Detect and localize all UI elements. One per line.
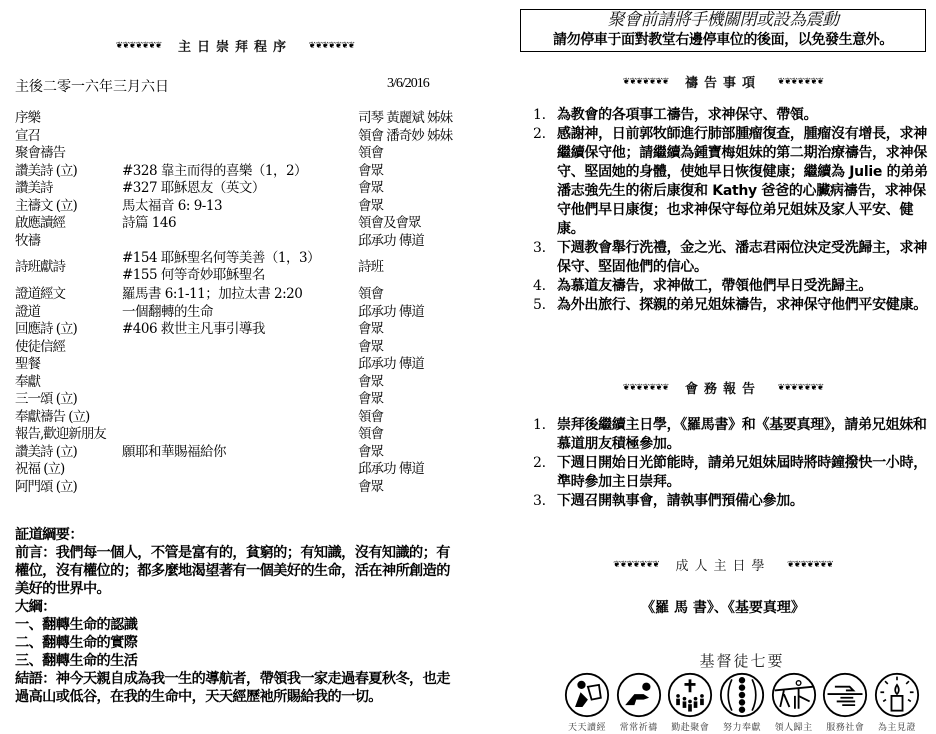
ornament-icon: ❦❦❦❦❦❦❦ [116,41,162,51]
program-item: 詩班獻詩 [15,259,65,277]
sermon-conclusion: 結語：神今天親自成為我一生的導航者，帶領我一家走過春夏秋冬，也走過高山或低谷，在… [15,670,460,706]
essential-item: 服務社會 [820,672,870,733]
program-row: 祝福 (立)邱承功 傳道 [15,461,455,479]
program-leader: 會眾 [358,374,383,392]
program-item: 證道 [15,304,40,322]
program-row: 讚美詩 (立)#328 靠主而得的喜樂（1，2）會眾 [15,163,455,181]
item-text: 為教會的各項事工禱告，求神保守、帶領。 [557,107,817,123]
program-leader: 會眾 [358,180,383,198]
program-row: 奉獻禱告 (立)領會 [15,409,455,427]
essential-label: 勤赴聚會 [665,720,715,733]
affairs-item: 1.崇拜後繼續主日學，《羅馬書》和《基要真理》，請弟兄姐妹和慕道朋友積極參加。 [530,416,930,454]
program-item: 讚美詩 [15,180,53,198]
sermon-intro: 前言：我們每一個人，不管是富有的，貧窮的；有知識，沒有知識的；有權位，沒有權位的… [15,544,460,598]
program-row: 報告,歡迎新朋友領會 [15,426,455,444]
sermon-outline-point: 一、翻轉生命的認識 [15,616,460,634]
program-leader: 領會 [358,286,383,304]
program-row: 詩班獻詩 #154 耶穌聖名何等美善（1，3） #155 何等奇妙耶穌聖名 詩班 [15,250,455,286]
program-leader: 會眾 [358,479,383,497]
ornament-icon: ❦❦❦❦❦❦❦ [613,560,659,570]
program-row: 奉獻會眾 [15,374,455,392]
program-item: 祝福 (立) [15,461,64,479]
program-content: 羅馬書 6:1-11；加拉太書 2:20 [122,286,302,304]
program-row: 阿門頌 (立)會眾 [15,479,455,497]
program-row: 讚美詩 (立)願耶和華賜福給你會眾 [15,444,455,462]
program-item: 使徒信經 [15,339,65,357]
program-content-line: #155 何等奇妙耶穌聖名 [122,267,320,284]
affairs-item: 3.下週召開執事會，請執事們預備心參加。 [530,492,930,511]
program-row: 讚美詩#327 耶穌恩友（英文）會眾 [15,180,455,198]
ornament-icon: ❦❦❦❦❦❦❦ [778,77,824,87]
program-content-line: #154 耶穌聖名何等美善（1，3） [122,250,320,267]
program-row: 三一頌 (立)會眾 [15,391,455,409]
program-item: 聖餐 [15,356,40,374]
program-item: 牧禱 [15,233,40,251]
sunday-school-header: ❦❦❦❦❦❦❦ 成人主日學 ❦❦❦❦❦❦❦ [510,555,936,574]
program-row: 啟應讀經詩篇 146領會及會眾 [15,215,455,233]
sermon-outline-point: 三、翻轉生命的生活 [15,652,460,670]
item-text: 下週日開始日光節能時，請弟兄姐妹屆時將時鐘撥快一小時，準時參加主日崇拜。 [557,455,927,490]
program-content: #154 耶穌聖名何等美善（1，3） #155 何等奇妙耶穌聖名 [122,250,320,284]
seven-essentials-graphic: 基督徒七要 天天讀經 常常祈禱 勤赴聚會 努力奉獻 領人歸主 [562,650,922,730]
program-content: 馬太福音 6: 9-13 [122,198,222,216]
worship-program-header: ❦❦❦❦❦❦❦ 主日崇拜程序 ❦❦❦❦❦❦❦ [0,36,470,55]
program-item: 奉獻 [15,374,40,392]
seven-essentials-title: 基督徒七要 [562,650,922,672]
item-text: 下週召開執事會，請執事們預備心參加。 [557,493,804,509]
program-item: 奉獻禱告 (立) [15,409,89,427]
item-number: 1. [533,106,546,125]
ornament-icon: ❦❦❦❦❦❦❦ [787,560,833,570]
program-item: 啟應讀經 [15,215,65,233]
affairs-item: 2.下週日開始日光節能時，請弟兄姐妹屆時將時鐘撥快一小時，準時參加主日崇拜。 [530,454,930,492]
item-number: 1. [533,416,546,435]
ornament-icon: ❦❦❦❦❦❦❦ [623,383,669,393]
program-item: 宣召 [15,128,40,146]
item-number: 2. [533,125,546,144]
program-leader: 領會 [358,145,383,163]
offering-icon [719,672,765,718]
program-item: 三一頌 (立) [15,391,77,409]
program-item: 主禱文 (立) [15,198,77,216]
sermon-outline: 証道綱要： 前言：我們每一個人，不管是富有的，貧窮的；有知識，沒有知識的；有權位… [15,526,460,706]
item-text: 崇拜後繼續主日學，《羅馬書》和《基要真理》，請弟兄姐妹和慕道朋友積極參加。 [557,417,927,452]
program-item: 報告,歡迎新朋友 [15,426,106,444]
sermon-heading: 証道綱要： [15,526,460,544]
program-item: 讚美詩 (立) [15,163,77,181]
item-number: 3. [533,239,546,258]
essential-label: 為主見證 [872,720,922,733]
reading-bible-icon [564,672,610,718]
essential-item: 勤赴聚會 [665,672,715,733]
affairs-title: 會務報告 [685,378,761,397]
item-number: 2. [533,454,546,473]
item-number: 5. [533,296,546,315]
essential-item: 常常祈禱 [614,672,664,733]
affairs-list: 1.崇拜後繼續主日學，《羅馬書》和《基要真理》，請弟兄姐妹和慕道朋友積極參加。 … [530,416,930,511]
program-leader: 會眾 [358,321,383,339]
service-icon [822,672,868,718]
program-row: 主禱文 (立)馬太福音 6: 9-13會眾 [15,198,455,216]
prayer-header: ❦❦❦❦❦❦❦ 禱告事項 ❦❦❦❦❦❦❦ [510,72,936,91]
prayer-item: 3.下週教會舉行洗禮，金之光、潘志君兩位決定受洗歸主，求神保守、堅固他們的信心。 [530,239,930,277]
essential-label: 領人歸主 [769,720,819,733]
program-leader: 詩班 [358,259,383,277]
prayer-title: 禱告事項 [685,72,761,91]
program-leader: 會眾 [358,391,383,409]
program-row: 證道一個翻轉的生命邱承功 傳道 [15,304,455,322]
sermon-outline-point: 二、翻轉生命的實際 [15,634,460,652]
program-leader: 領會 [358,409,383,427]
sunday-school-courses: 《羅 馬 書》、《基要真理》 [510,597,936,617]
essential-label: 常常祈禱 [614,720,664,733]
essential-label: 努力奉獻 [717,720,767,733]
program-content: #327 耶穌恩友（英文） [122,180,265,198]
ornament-icon: ❦❦❦❦❦❦❦ [778,383,824,393]
date-row: 主後二零一六年三月六日 3/6/2016 [15,76,440,96]
notice-box: 聚會前請將手機關閉或設為震動 請勿停車于面對教堂右邊停車位的後面，以免發生意外。 [520,9,926,52]
prayer-item: 1.為教會的各項事工禱告，求神保守、帶領。 [530,106,930,125]
essential-label: 天天讀經 [562,720,612,733]
program-leader: 會眾 [358,444,383,462]
date-chinese: 主後二零一六年三月六日 [15,79,169,95]
prayer-list: 1.為教會的各項事工禱告，求神保守、帶領。 2.感謝神，日前郭牧師進行肺部腫瘤復… [530,106,930,315]
program-row: 證道經文羅馬書 6:1-11；加拉太書 2:20領會 [15,286,455,304]
prayer-item: 4.為慕道友禱告，求神做工，帶領他們早日受洗歸主。 [530,277,930,296]
praying-icon [616,672,662,718]
program-item: 聚會禱告 [15,145,65,163]
program-leader: 領會 [358,426,383,444]
worship-program-title: 主日崇拜程序 [178,36,292,55]
program-content: #406 救世主凡事引導我 [122,321,265,339]
phone-notice: 聚會前請將手機關閉或設為震動 [521,10,925,30]
evangelism-icon [771,672,817,718]
program-leader: 司琴 黃麗斌 姊妹 [358,110,452,128]
program-row: 牧禱邱承功 傳道 [15,233,455,251]
program-leader: 會眾 [358,163,383,181]
program-leader: 邱承功 傳道 [358,304,424,322]
item-number: 3. [533,492,546,511]
program-leader: 會眾 [358,198,383,216]
parking-notice: 請勿停車于面對教堂右邊停車位的後面，以免發生意外。 [521,30,925,50]
affairs-header: ❦❦❦❦❦❦❦ 會務報告 ❦❦❦❦❦❦❦ [510,378,936,397]
program-item: 回應詩 (立) [15,321,77,339]
announcements-page: 聚會前請將手機關閉或設為震動 請勿停車于面對教堂右邊停車位的後面，以免發生意外。… [510,0,936,734]
program-row: 聚會禱告領會 [15,145,455,163]
ornament-icon: ❦❦❦❦❦❦❦ [309,41,355,51]
prayer-item: 5.為外出旅行、探親的弟兄姐妹禱告，求神保守他們平安健康。 [530,296,930,315]
program-item: 證道經文 [15,286,65,304]
witness-candle-icon [874,672,920,718]
worship-program-page: ❦❦❦❦❦❦❦ 主日崇拜程序 ❦❦❦❦❦❦❦ 主後二零一六年三月六日 3/6/2… [0,0,470,734]
program-leader: 領會 潘奇妙 姊妹 [358,128,452,146]
essential-item: 為主見證 [872,672,922,733]
essential-item: 努力奉獻 [717,672,767,733]
program-content: 願耶和華賜福給你 [122,444,226,462]
essential-item: 天天讀經 [562,672,612,733]
item-text: 為外出旅行、探親的弟兄姐妹禱告，求神保守他們平安健康。 [557,297,927,313]
program-item: 序樂 [15,110,40,128]
program-item: 讚美詩 (立) [15,444,77,462]
item-number: 4. [533,277,546,296]
program-leader: 邱承功 傳道 [358,461,424,479]
program-leader: 邱承功 傳道 [358,356,424,374]
program-content: #328 靠主而得的喜樂（1，2） [122,163,307,181]
program-row: 使徒信經會眾 [15,339,455,357]
essential-item: 領人歸主 [769,672,819,733]
program-leader: 邱承功 傳道 [358,233,424,251]
program-row: 宣召領會 潘奇妙 姊妹 [15,128,455,146]
program-leader: 領會及會眾 [358,215,421,233]
ornament-icon: ❦❦❦❦❦❦❦ [623,77,669,87]
gathering-icon [667,672,713,718]
prayer-item: 2.感謝神，日前郭牧師進行肺部腫瘤復查，腫瘤沒有增長，求神繼續保守他；請繼續為鍾… [530,125,930,239]
program-item: 阿門頌 (立) [15,479,77,497]
program-row: 回應詩 (立)#406 救世主凡事引導我會眾 [15,321,455,339]
date-numeric: 3/6/2016 [387,76,429,92]
program-content: 詩篇 146 [122,215,176,233]
item-text: 為慕道友禱告，求神做工，帶領他們早日受洗歸主。 [557,278,872,294]
program-table: 序樂司琴 黃麗斌 姊妹 宣召領會 潘奇妙 姊妹 聚會禱告領會 讚美詩 (立)#3… [15,110,455,496]
sermon-outline-heading: 大綱： [15,598,460,616]
program-leader: 會眾 [358,339,383,357]
item-text: 感謝神，日前郭牧師進行肺部腫瘤復查，腫瘤沒有增長，求神繼續保守他；請繼續為鍾寶梅… [557,126,928,237]
sunday-school-title: 成人主日學 [675,555,770,574]
program-row: 聖餐邱承功 傳道 [15,356,455,374]
item-text: 下週教會舉行洗禮，金之光、潘志君兩位決定受洗歸主，求神保守、堅固他們的信心。 [557,240,927,275]
program-row: 序樂司琴 黃麗斌 姊妹 [15,110,455,128]
essential-label: 服務社會 [820,720,870,733]
program-content: 一個翻轉的生命 [122,304,213,322]
